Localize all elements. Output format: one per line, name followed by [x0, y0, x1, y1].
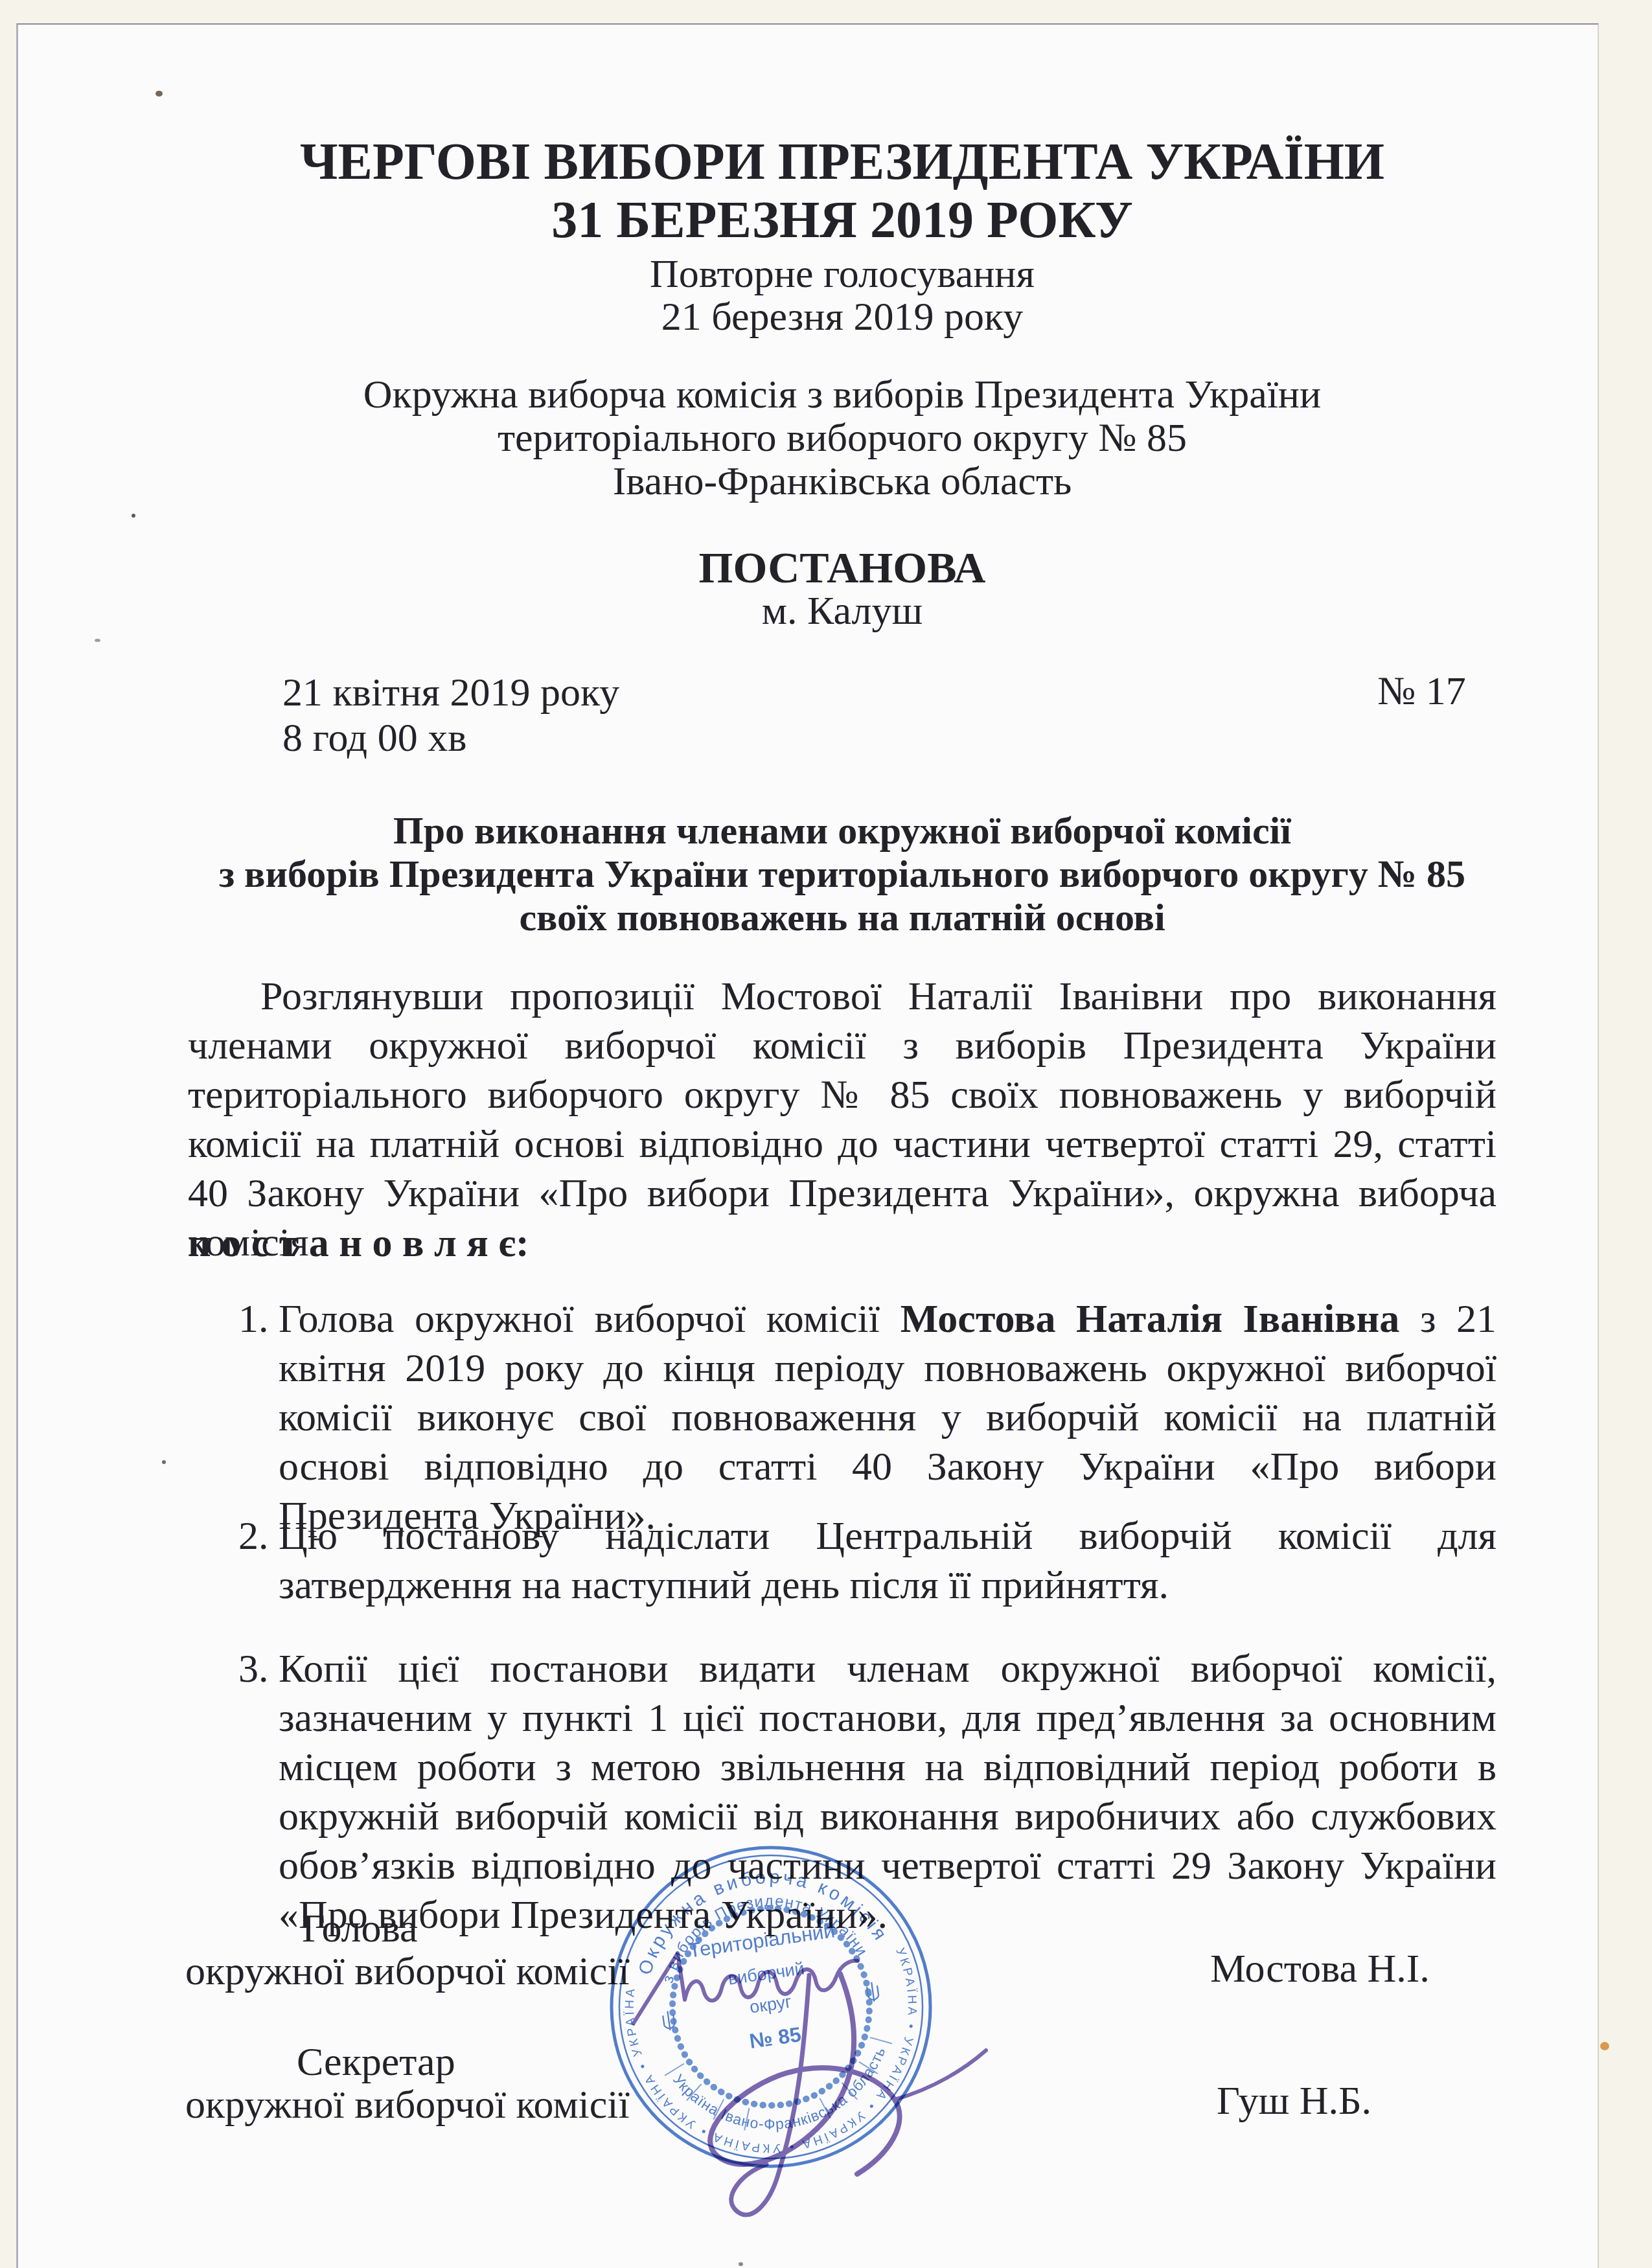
head-signature-name: Мостова Н.І.	[1210, 1949, 1430, 1989]
scan-speck	[162, 1460, 166, 1464]
item-2-text: Цю постанову надіслати Центральній вибор…	[279, 1514, 1497, 1607]
document-city: м. Калуш	[188, 591, 1497, 631]
item-1-person-name: Мостова Наталія Іванівна	[901, 1297, 1400, 1341]
resolution-item-2: 2. Цю постанову надіслати Центральній ви…	[188, 1511, 1497, 1610]
document-number: № 17	[1377, 671, 1466, 711]
document-type: ПОСТАНОВА	[188, 545, 1497, 590]
election-title-line2: 31 БЕРЕЗНЯ 2019 РОКУ	[188, 194, 1497, 246]
item-1-number: 1.	[238, 1294, 269, 1344]
scan-speck	[132, 514, 135, 518]
commission-name-line2: територіального виборчого округу № 85	[188, 418, 1497, 458]
item-2-number: 2.	[238, 1511, 269, 1561]
election-title-line1: ЧЕРГОВІ ВИБОРИ ПРЕЗИДЕНТА УКРАЇНИ	[188, 136, 1497, 188]
signature-stroke-flourish-3	[895, 2050, 986, 2100]
item-1-lead: Голова окружної виборчої комісії	[279, 1297, 901, 1341]
item-1-text: Голова окружної виборчої комісії Мостова…	[279, 1297, 1497, 1538]
head-role-line1: Голова	[302, 1908, 418, 1949]
secretary-role-line2: окружної виборчої комісії	[185, 2085, 630, 2125]
scan-speck	[1600, 2042, 1609, 2050]
handwritten-signatures	[583, 1895, 1024, 2258]
scan-speck	[95, 639, 100, 642]
signature-stroke-head	[634, 1953, 858, 2023]
scan-speck	[739, 2262, 743, 2266]
commission-region: Івано-Франківська область	[188, 461, 1497, 501]
subject-line3: своїх повноважень на платній основі	[188, 898, 1497, 937]
subject-line2: з виборів Президента України територіаль…	[188, 854, 1497, 893]
commission-name-line1: Окружна виборча комісія з виборів Презид…	[188, 374, 1497, 415]
document-time: 8 год 00 хв	[282, 718, 466, 758]
resolution-item-1: 1. Голова окружної виборчої комісії Мост…	[188, 1294, 1497, 1541]
subject-line1: Про виконання членами окружної виборчої …	[188, 811, 1497, 850]
document-date: 21 квітня 2019 року	[282, 672, 619, 713]
item-3-number: 3.	[238, 1644, 269, 1693]
repeat-voting-date: 21 березня 2019 року	[188, 297, 1497, 337]
secretary-role-line1: Секретар	[297, 2042, 455, 2082]
resolves-label: п о с т а н о в л я є:	[188, 1220, 529, 1266]
scan-speck	[155, 91, 163, 97]
repeat-voting-label: Повторне голосування	[188, 254, 1497, 294]
secretary-signature-name: Гуш Н.Б.	[1217, 2081, 1371, 2121]
head-role-line2: окружної виборчої комісії	[185, 1951, 630, 1991]
